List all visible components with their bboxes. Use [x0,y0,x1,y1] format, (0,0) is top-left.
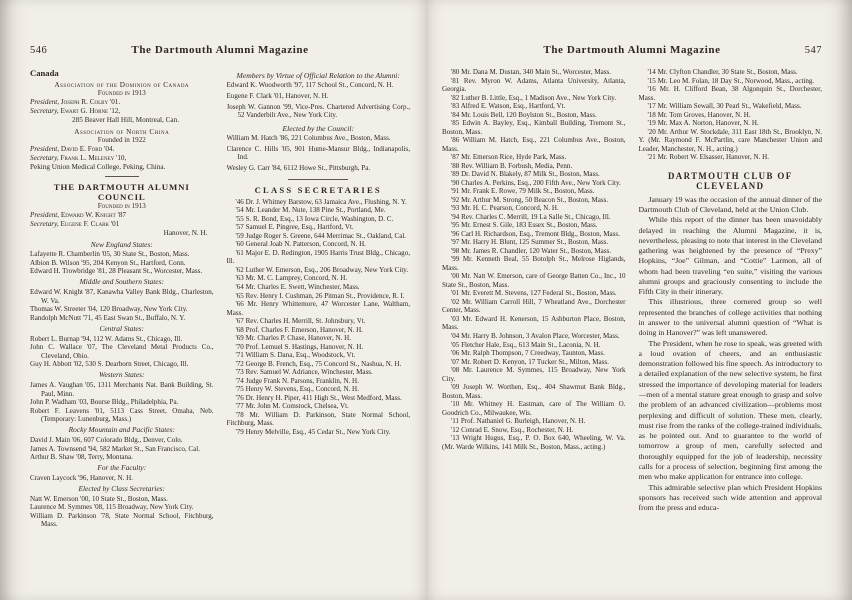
section-label: Central States: [30,325,214,334]
council-member-entry: Craven Laycock '96, Hanover, N. H. [30,474,214,483]
class-secretary-entry: '64 Mr. Charles E. Swett, Winchester, Ma… [227,283,411,292]
article-paragraph: While this report of the dinner has been… [639,215,823,297]
officer-role: President, [30,98,59,106]
class-secretaries-list-46-79: '46 Dr. J. Whitney Barstow, 63 Jamaica A… [227,198,411,436]
class-secretary-entry: '65 Rev. Henry I. Cushman, 26 Pitman St.… [227,292,411,301]
class-secretary-entry: '00 Mr. Natt W. Emerson, care of George … [442,272,626,289]
class-secretary-entry: '60 General Joab N. Patterson, Concord, … [227,240,411,249]
section-divider [105,176,139,177]
class-secretary-entry: '66 Mr. Henry Whittemore, 47 Worcester L… [227,300,411,317]
officer-role: President, [30,211,59,219]
officer-name: Ewart G. Horne '12, [60,107,120,115]
section-divider [288,179,348,180]
council-member-entry: James A. Vaughan '05, 1311 Merchants Nat… [30,381,214,398]
class-secretary-entry: '80 Mr. Dana M. Dustan, 340 Main St., Wo… [442,68,626,77]
class-secretary-entry: '88 Rev. William B. Forbush, Media, Penn… [442,162,626,171]
class-secretary-entry: '76 Dr. Henry H. Piper, 411 High St., We… [227,394,411,403]
council-member-entry: John P. Wadham '03, Bourse Bldg., Philad… [30,398,214,407]
class-secretary-entry: '70 Prof. Lemuel S. Hastings, Hanover, N… [227,343,411,352]
section-label: For the Faculty: [30,464,214,473]
class-secretary-entry: '01 Mr. Everett M. Stevens, 127 Federal … [442,289,626,298]
page-546-column-2: Members by Virtue of Official Relation t… [227,68,411,600]
section-label: Western States: [30,371,214,380]
article-paragraph: This illustrious, three cornered group s… [639,297,823,338]
officer-name: Joseph R. Colby '01. [61,98,120,106]
class-secretary-entry: '63 Mr. M. C. Lamprey, Concord, N. H. [227,274,411,283]
cleveland-article: DARTMOUTH CLUB OF CLEVELAND January 19 w… [639,171,823,514]
class-secretaries-list-14-21: '14 Mr. Clyfton Chandler, 30 State St., … [639,68,823,162]
class-secretary-entry: '77 Mr. John M. Comstock, Chelsea, Vt. [227,402,411,411]
council-member-entry: Guy H. Abbott '02, 530 S. Dearborn Stree… [30,360,214,369]
officer-role: Secretary, [30,154,59,162]
page-number-left: 546 [30,45,76,56]
officer-line: President, Joseph R. Colby '01. [30,98,214,107]
class-secretary-entry: '90 Charles A. Perkins, Esq., 200 Fifth … [442,179,626,188]
class-secretary-entry: '87 Mr. Emerson Rice, Hyde Park, Mass. [442,153,626,162]
canada-heading: Canada [30,68,214,78]
class-secretary-entry: '15 Mr. Leo M. Folan, 18 Day St., Norwoo… [639,77,823,86]
page-546: 546 The Dartmouth Alumni Magazine Canada… [0,0,426,600]
class-secretary-entry: '73 Rev. Samuel W. Adriance, Winchester,… [227,368,411,377]
class-secretary-entry: '72 George B. French, Esq., 75 Concord S… [227,360,411,369]
class-secretary-entry: '96 Carl H. Richardson, Esq., Tremont Bl… [442,230,626,239]
class-secretary-entry: '13 Wright Hugus, Esq., P. O. Box 640, W… [442,434,626,451]
page-547-header: The Dartmouth Alumni Magazine 547 [442,44,822,56]
class-secretary-entry: '61 Major E. D. Redington, 1905 Harris T… [227,249,411,266]
magazine-spread: 546 The Dartmouth Alumni Magazine Canada… [0,0,852,600]
class-secretary-entry: '57 Samuel E. Pingree, Esq., Hartford, V… [227,223,411,232]
class-secretary-entry: '68 Prof. Charles F. Emerson, Hanover, N… [227,326,411,335]
class-secretary-entry: '06 Mr. Ralph Thompson, 7 Creedway, Taun… [442,349,626,358]
article-paragraph: January 19 was the occasion of the annua… [639,195,823,216]
class-secretary-entry: '09 Joseph W. Worthen, Esq., 404 Shawmut… [442,383,626,400]
article-paragraph: The President, when he rose to speak, wa… [639,339,823,483]
class-secretary-entry: '75 Henry W. Stevens, Esq., Concord, N. … [227,385,411,394]
section-label: Middle and Southern States: [30,278,214,287]
council-member-entry: Thomas W. Streeter '04, 120 Broadway, Ne… [30,305,214,314]
officer-line: Secretary, Frank L. Meleney '10, [30,154,214,163]
elected-member-entry: Wesley G. Carr '84, 6112 Howe St., Pitts… [227,164,411,173]
council-member-entry: Laurence M. Symmes '08, 115 Broadway, Ne… [30,503,214,512]
member-entry: Edward K. Woodworth '97, 117 School St.,… [227,81,411,90]
class-secretary-entry: '93 Mr. H. C. Pearson, Concord, N. H. [442,204,626,213]
officer-address: Peking Union Medical College, Peking, Ch… [30,163,214,172]
elected-by-council-heading: Elected by the Council: [227,124,411,133]
officer-name: David E. Ford '04. [61,145,114,153]
council-member-entry: Robert F. Leavens '01, 5113 Cass Street,… [30,407,214,424]
class-secretary-entry: '91 Mr. Frank E. Rowe, 79 Milk St., Bost… [442,187,626,196]
council-member-entry: Randolph McNutt '71, 45 East Swan St., B… [30,314,214,323]
class-secretary-entry: '17 Mr. William Sewall, 30 Pearl St., Wa… [639,102,823,111]
article-paragraph: This admirable selective plan which Pres… [639,483,823,514]
class-secretary-entry: '94 Rev. Charles C. Merrill, 19 La Salle… [442,213,626,222]
class-secretary-entry: '05 Fletcher Hale, Esq., 613 Main St., L… [442,341,626,350]
class-secretary-entry: '95 Mr. Ernest S. Gile, 183 Essex St., B… [442,221,626,230]
council-member-entry: David J. Main '06, 607 Colorado Bldg., D… [30,436,214,445]
member-entry: Joseph W. Gannon '99, Vice-Pres. Charter… [227,103,411,120]
class-secretary-entry: '98 Mr. James R. Chandler, 120 Water St.… [442,247,626,256]
class-secretary-entry: '79 Henry Melville, Esq., 45 Cedar St., … [227,428,411,437]
officer-address: Hanover, N. H. [30,229,214,238]
class-secretary-entry: '71 William S. Dana, Esq., Woodstock, Vt… [227,351,411,360]
class-secretary-entry: '81 Rev. Myron W. Adams, Atlanta Univers… [442,77,626,94]
page-number-right: 547 [776,45,822,56]
officer-address: 285 Beaver Hall Hill, Montreal, Can. [30,116,214,125]
class-secretary-entry: '12 Conrad E. Snow, Esq., Rochester, N. … [442,426,626,435]
elected-member-entry: William M. Hatch '86, 221 Columbus Ave.,… [227,134,411,143]
members-by-virtue-list: Edward K. Woodworth '97, 117 School St.,… [227,81,411,120]
class-secretary-entry: '02 Mr. William Carroll Hill, 7 Wheatlan… [442,298,626,315]
class-secretary-entry: '85 Edwin A. Bayley, Esq., Kimball Build… [442,119,626,136]
association-canada-title: Association of the Dominion of Canada [30,81,214,89]
council-member-entry: Natt W. Emerson '00, 10 State St., Bosto… [30,495,214,504]
class-secretary-entry: '86 William M. Hatch, Esq., 221 Columbus… [442,136,626,153]
cleveland-article-heading: DARTMOUTH CLUB OF CLEVELAND [639,171,823,191]
class-secretary-entry: '04 Mr. Harry B. Johnson, 3 Avalon Place… [442,332,626,341]
running-title-left: The Dartmouth Alumni Magazine [76,44,364,56]
officer-name: Eugene F. Clark '01 [60,220,119,228]
member-entry: Eugene F. Clark '01, Hanover, N. H. [227,92,411,101]
class-secretary-entry: '18 Mr. Tom Groves, Hanover, N. H. [639,111,823,120]
elected-by-council-list: William M. Hatch '86, 221 Columbus Ave.,… [227,134,411,173]
council-member-entry: John C. Wallace '07, The Cleveland Metal… [30,343,214,360]
council-member-entry: Robert L. Burnap '94, 112 W. Adams St., … [30,335,214,344]
class-secretary-entry: '19 Mr. Max A. Norton, Hanover, N. H. [639,119,823,128]
class-secretary-entry: '59 Judge Roger S. Greene, 644 Merrimac … [227,232,411,241]
class-secretaries-heading: CLASS SECRETARIES [227,185,411,195]
class-secretary-entry: '46 Dr. J. Whitney Barstow, 63 Jamaica A… [227,198,411,207]
officer-line: Secretary, Eugene F. Clark '01 [30,220,214,229]
page-547-column-1: '80 Mr. Dana M. Dustan, 340 Main St., Wo… [442,68,626,600]
council-member-entry: William D. Parkinson '78, State Normal S… [30,512,214,529]
class-secretary-entry: '67 Rev. Charles H. Merrill, St. Johnsbu… [227,317,411,326]
page-547-columns: '80 Mr. Dana M. Dustan, 340 Main St., Wo… [442,68,822,600]
officer-line: Secretary, Ewart G. Horne '12, [30,107,214,116]
officer-role: Secretary, [30,107,59,115]
class-secretary-entry: '55 S. R. Bond, Esq., 13 Iowa Circle, Wa… [227,215,411,224]
members-by-virtue-heading: Members by Virtue of Official Relation t… [227,71,411,80]
officer-line: President, David E. Ford '04. [30,145,214,154]
council-member-entry: Arthur B. Shaw '08, Terry, Montana. [30,453,214,462]
class-secretaries-list-80-13: '80 Mr. Dana M. Dustan, 340 Main St., Wo… [442,68,626,451]
officer-name: Frank L. Meleney '10, [60,154,126,162]
association-canada-founded: Founded in 1913 [30,89,214,97]
alumni-council-title: THE DARTMOUTH ALUMNI COUNCIL [30,182,214,202]
class-secretary-entry: '82 Luther B. Little, Esq., 1 Madison Av… [442,94,626,103]
class-secretary-entry: '07 Mr. Robert D. Kenyon, 17 Tucker St.,… [442,358,626,367]
section-label: New England States: [30,241,214,250]
association-china-founded: Founded in 1922 [30,136,214,144]
officer-role: Secretary, [30,220,59,228]
association-china-title: Association of North China [30,128,214,136]
running-title-right: The Dartmouth Alumni Magazine [488,44,776,56]
class-secretary-entry: '92 Mr. Arthur M. Strong, 50 Beacon St.,… [442,196,626,205]
class-secretary-entry: '74 Judge Frank N. Parsons, Franklin, N.… [227,377,411,386]
class-secretary-entry: '89 Dr. David N. Blakely, 87 Milk St., B… [442,170,626,179]
council-directory: New England States:Lafayette R. Chamberl… [30,241,214,530]
council-member-entry: Edward H. Trowbridge '81, 28 Pleasant St… [30,267,214,276]
class-secretary-entry: '10 Mr. Whitney H. Eastman, care of The … [442,400,626,417]
council-member-entry: Lafayette R. Chamberlin '05, 30 State St… [30,250,214,259]
page-546-column-1: Canada Association of the Dominion of Ca… [30,68,214,600]
elected-member-entry: Clarence C. Hills '05, 901 Hume-Mansur B… [227,145,411,162]
section-label: Rocky Mountain and Pacific States: [30,426,214,435]
class-secretary-entry: '62 Luther W. Emerson, Esq., 206 Broadwa… [227,266,411,275]
class-secretary-entry: '99 Mr. Kenneth Beal, 55 Botolph St., Me… [442,255,626,272]
class-secretary-entry: '78 Mr. William D. Parkinson, State Norm… [227,411,411,428]
section-label: Elected by Class Secretaries: [30,485,214,494]
alumni-council-founded: Founded in 1913 [30,202,214,210]
council-member-entry: Albion B. Wilson '95, 204 Kenyon St., Ha… [30,259,214,268]
class-secretary-entry: '54 Mr. Leander M. Nute, 138 Pine St., P… [227,206,411,215]
class-secretary-entry: '84 Mr. Louis Bell, 120 Boylston St., Bo… [442,111,626,120]
class-secretary-entry: '03 Mr. Edward H. Kenerson, 15 Ashburton… [442,315,626,332]
page-547: The Dartmouth Alumni Magazine 547 '80 Mr… [426,0,852,600]
class-secretary-entry: '14 Mr. Clyfton Chandler, 30 State St., … [639,68,823,77]
page-547-column-2: '14 Mr. Clyfton Chandler, 30 State St., … [639,68,823,600]
class-secretary-entry: '08 Mr. Laurence M. Symmes, 115 Broadway… [442,366,626,383]
class-secretary-entry: '97 Mr. Harry H. Blunt, 125 Summer St., … [442,238,626,247]
council-member-entry: Edward W. Knight '87, Kanawha Valley Ban… [30,288,214,305]
class-secretary-entry: '20 Mr. Arthur W. Stockdale, 311 East 18… [639,128,823,154]
class-secretary-entry: '11 Prof. Nathaniel G. Burleigh, Hanover… [442,417,626,426]
class-secretary-entry: '16 Mr. H. Clifford Bean, 38 Algonquin S… [639,85,823,102]
officer-name: Edward W. Knight '87 [61,211,126,219]
officer-line: President, Edward W. Knight '87 [30,211,214,220]
class-secretary-entry: '69 Mr. Charles P. Chase, Hanover, N. H. [227,334,411,343]
page-546-header: 546 The Dartmouth Alumni Magazine [30,44,410,56]
council-member-entry: James A. Townsend '94, 582 Market St., S… [30,445,214,454]
class-secretary-entry: '21 Mr. Robert W. Elsasser, Hanover, N. … [639,153,823,162]
page-546-columns: Canada Association of the Dominion of Ca… [30,68,410,600]
class-secretary-entry: '83 Alfred E. Watson, Esq., Hartford, Vt… [442,102,626,111]
officer-role: President, [30,145,59,153]
